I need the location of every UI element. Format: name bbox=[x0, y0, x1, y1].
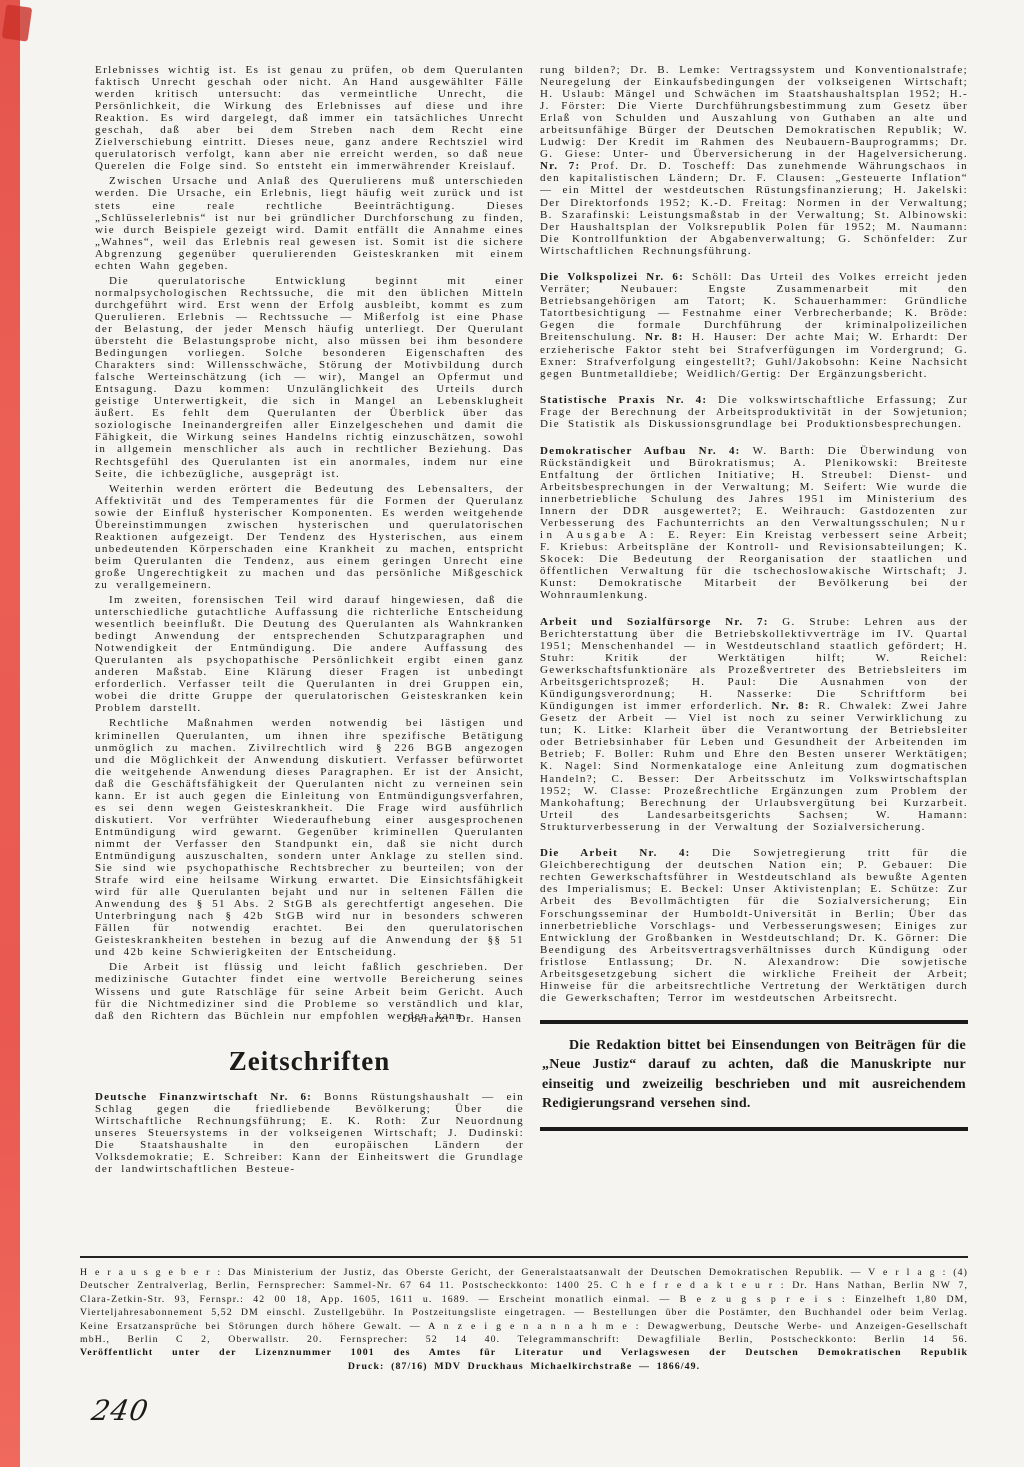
journal-entry-volkspolizei: Die Volkspolizei Nr. 6: Schöll: Das Urte… bbox=[540, 271, 968, 379]
review-paragraph: Erlebnisses wichtig ist. Es ist genau zu… bbox=[95, 64, 524, 172]
right-column: rung bilden?; Dr. B. Lemke: Vertragssyst… bbox=[540, 64, 968, 1131]
journal-page: Erlebnisses wichtig ist. Es ist genau zu… bbox=[0, 0, 1024, 1467]
imprint-druck-line: Druck: (87/16) MDV Druckhaus Michaelkirc… bbox=[80, 1360, 968, 1373]
imprint-block: H e r a u s g e b e r : Das Ministerium … bbox=[80, 1256, 968, 1373]
review-paragraph: Im zweiten, forensischen Teil wird darau… bbox=[95, 594, 524, 714]
scan-red-edge-artifact bbox=[0, 0, 20, 1467]
imprint-license-line: Veröffentlicht unter der Lizenznummer 10… bbox=[80, 1346, 968, 1359]
journal-entry-demokratischer-aufbau: Demokratischer Aufbau Nr. 4: W. Barth: D… bbox=[540, 445, 968, 602]
scan-red-mark bbox=[2, 4, 32, 41]
journal-entry-deutsche-finanzwirtschaft: Deutsche Finanzwirtschaft Nr. 6: Bonns R… bbox=[95, 1091, 524, 1175]
journal-entry-continuation: rung bilden?; Dr. B. Lemke: Vertragssyst… bbox=[540, 64, 968, 257]
review-paragraph: Rechtliche Maßnahmen werden notwendig be… bbox=[95, 717, 524, 958]
editorial-notice-box: Die Redaktion bittet bei Einsendungen vo… bbox=[540, 1020, 968, 1131]
review-paragraph: Die querulatorische Entwicklung beginnt … bbox=[95, 275, 524, 480]
journal-entry-arbeit-und-sozialfuersorge: Arbeit und Sozialfürsorge Nr. 7: G. Stru… bbox=[540, 616, 968, 833]
journal-entry-statistische-praxis: Statistische Praxis Nr. 4: Die volkswirt… bbox=[540, 394, 968, 430]
review-paragraph: Weiterhin werden erörtert die Bedeutung … bbox=[95, 483, 524, 591]
review-paragraph: Zwischen Ursache und Anlaß des Querulier… bbox=[95, 175, 524, 271]
editorial-notice-text: Die Redaktion bittet bei Einsendungen vo… bbox=[542, 1036, 966, 1114]
left-column: Erlebnisses wichtig ist. Es ist genau zu… bbox=[95, 64, 524, 1190]
journal-entry-die-arbeit: Die Arbeit Nr. 4: Die Sowjetregierung tr… bbox=[540, 847, 968, 1004]
imprint-main-text: H e r a u s g e b e r : Das Ministerium … bbox=[80, 1266, 968, 1346]
page-number: 240 bbox=[89, 1394, 151, 1427]
section-heading-zeitschriften: Zeitschriften bbox=[95, 1046, 524, 1076]
